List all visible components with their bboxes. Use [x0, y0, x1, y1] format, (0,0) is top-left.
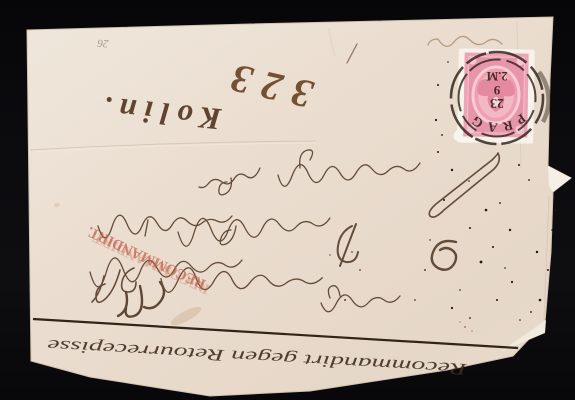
photo-background: 323 Kolin. 26 RECOMMANDIRT. RECOMMANDIRT…: [0, 0, 575, 400]
pencil-note: 26: [97, 37, 109, 50]
paper-stain: [54, 203, 60, 207]
postal-cover-photo: 323 Kolin. 26 RECOMMANDIRT. RECOMMANDIRT…: [0, 0, 575, 400]
datestamp-time: 2.M: [486, 69, 507, 83]
paper-flap-right: [548, 166, 571, 192]
datestamp-month: 9: [493, 83, 500, 98]
